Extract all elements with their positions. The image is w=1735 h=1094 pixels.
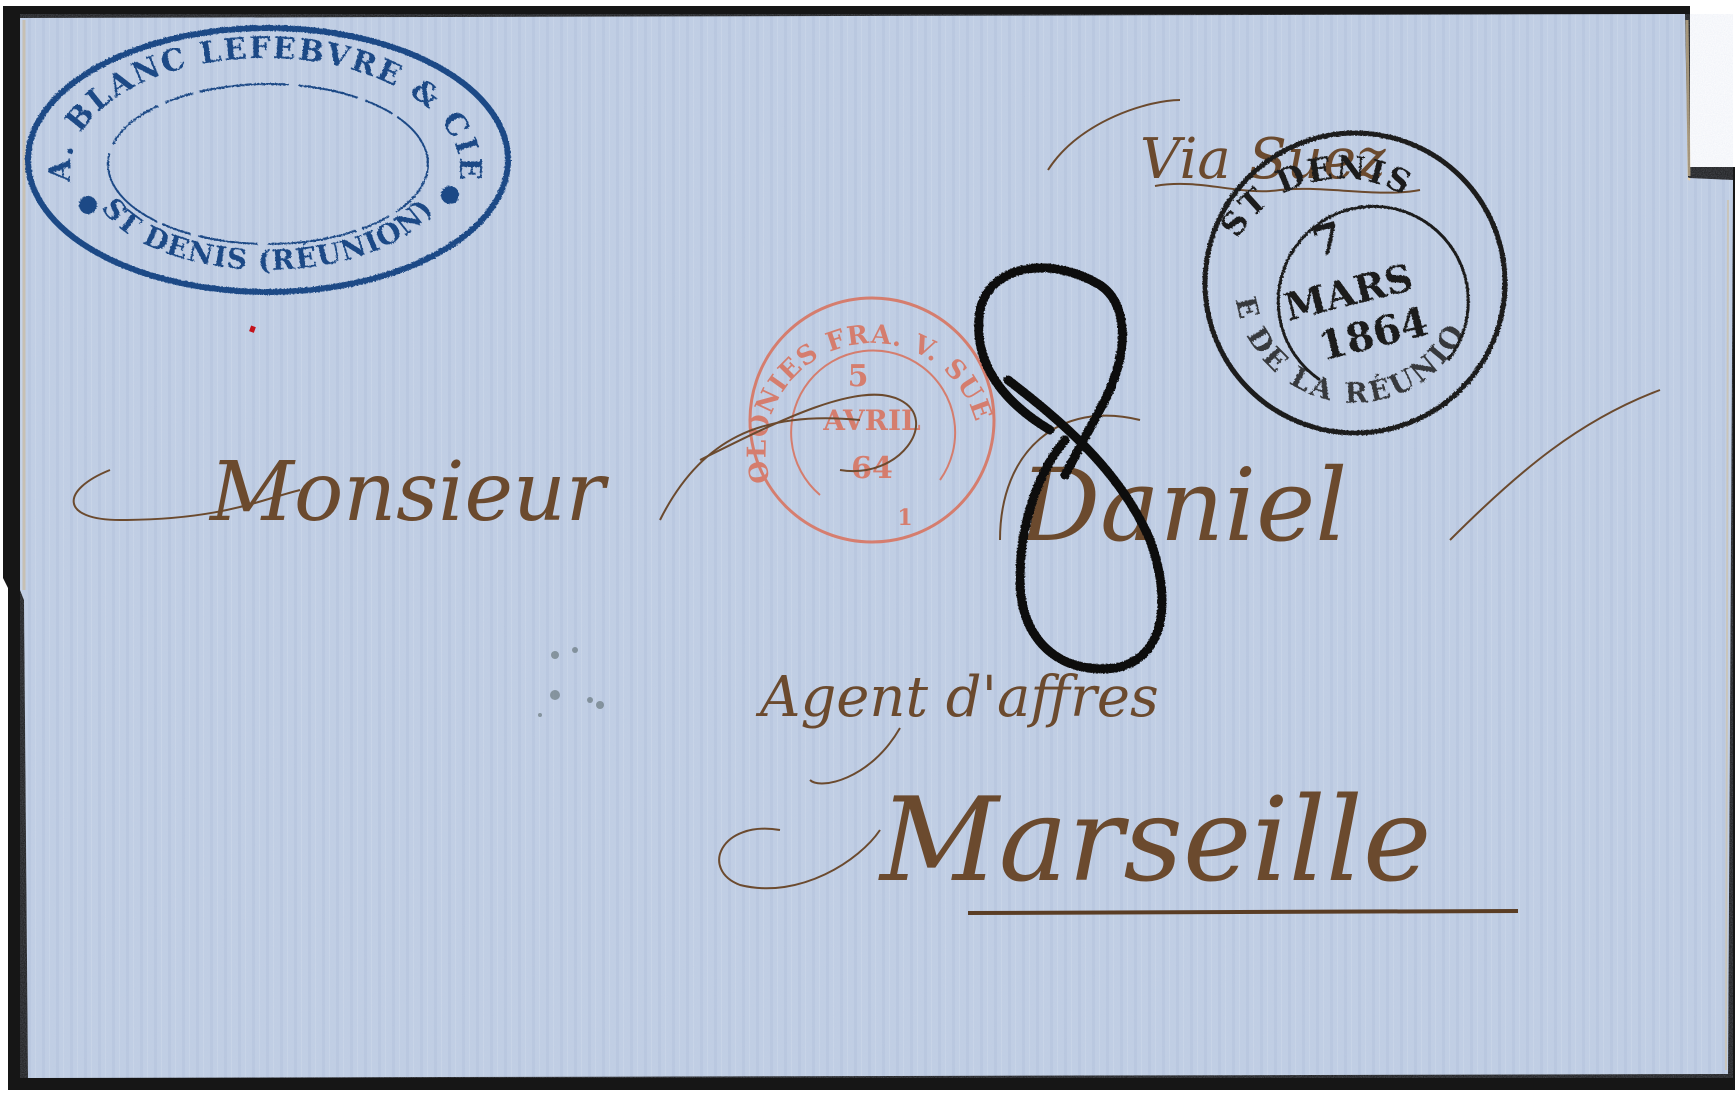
address-city: Marseille <box>878 773 1432 908</box>
entry-postmark-sub: 1 <box>897 505 912 531</box>
postal-cover-photo: A. BLANC LEFEBVRE & CIE ST DENIS (RÉUNIO… <box>0 0 1735 1094</box>
paper <box>20 14 1733 1078</box>
address-salutation: Monsieur <box>208 445 610 540</box>
address-occupation: Agent d'affres <box>755 665 1159 730</box>
address-underline <box>968 911 1518 913</box>
entry-postmark-day: 5 <box>848 359 869 394</box>
entry-postmark-month: AVRIL <box>822 404 921 437</box>
